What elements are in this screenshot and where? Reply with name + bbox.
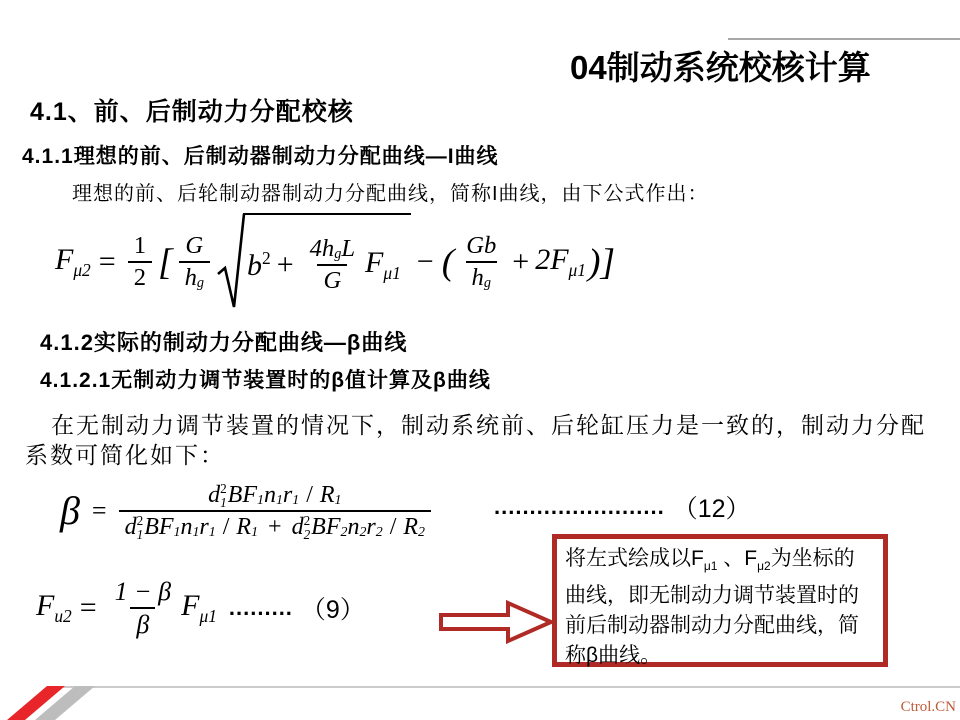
section-heading-4-1-2: 4.1.2实际的制动力分配曲线—β曲线 [40, 326, 407, 357]
slide-canvas: 04制动系统校核计算 4.1、前、后制动力分配校核 4.1.1理想的前、后制动器… [0, 0, 960, 720]
math-term: b2 [247, 248, 271, 283]
formula-fu2: Fu2 = 1 − β β Fμ1 ......... （9） [36, 576, 365, 640]
callout-text: 、F [717, 547, 757, 570]
intro-text: 理想的前、后轮制动器制动力分配曲线，简称I曲线，由下公式作出： [72, 177, 709, 206]
formula-ideal-curve: Fμ2 = 1 2 [ G hg b2 + 4hgL G Fμ1 − [55, 212, 617, 312]
dot-leader: ........................ [494, 494, 665, 520]
equation-number: （9） [301, 590, 365, 626]
math-term: 2Fμ1 [535, 243, 586, 281]
math-minus: − [417, 245, 434, 279]
math-close: )] [588, 241, 615, 284]
footer-divider-line [58, 686, 960, 688]
math-beta: β [60, 487, 80, 534]
radical-sign-icon [216, 212, 246, 312]
math-term: Fμ1 [365, 246, 401, 284]
math-fraction-1mb-b: 1 − β β [109, 576, 178, 640]
math-numerator: d21BF1n1r1/R1 [202, 480, 347, 510]
slide-title: 04制动系统校核计算 [570, 42, 871, 89]
math-fraction-g-hg: G hg [179, 231, 210, 292]
math-fraction-gb-hg: Gb hg [460, 231, 502, 292]
math-fraction-beta: d21BF1n1r1/R1 d21BF1n1r1/R1 + d22BF2n2r2… [119, 480, 431, 541]
math-fraction-half: 1 2 [128, 231, 152, 292]
equation-tag-12: ........................ （12） [494, 489, 751, 525]
equation-number: （12） [673, 489, 751, 525]
formula-beta: β = d21BF1n1r1/R1 d21BF1n1r1/R1 + d22BF2… [60, 480, 435, 541]
math-term: Fμ1 [181, 589, 217, 627]
section-heading-4-1: 4.1、前、后制动力分配校核 [30, 92, 354, 128]
callout-box: 将左式绘成以Fμ1 、Fμ2为坐标的曲线，即无制动力调节装置时的前后制动器制动力… [552, 534, 888, 667]
footer-stripes-decoration [0, 685, 100, 720]
math-plus: + [512, 245, 529, 279]
math-square-root: b2 + 4hgL G Fμ1 [216, 212, 411, 312]
dot-leader: ......... [229, 595, 293, 621]
math-equals: = [80, 591, 97, 625]
body-paragraph: 在无制动力调节装置的情况下，制动系统前、后轮缸压力是一致的，制动力分配系数可简化… [25, 410, 940, 471]
math-equals: = [99, 245, 116, 279]
section-heading-4-1-2-1: 4.1.2.1无制动力调节装置时的β值计算及β曲线 [40, 364, 491, 394]
arrow-right-icon [438, 598, 556, 646]
math-lhs: Fu2 [36, 589, 72, 627]
math-fraction-4hgl-g: 4hgL G [304, 234, 361, 295]
watermark-text: Ctrol.CN [901, 699, 956, 716]
math-equals: = [92, 496, 107, 526]
math-denominator: d21BF1n1r1/R1 + d22BF2n2r2/R2 [119, 510, 431, 542]
math-radicand: b2 + 4hgL G Fμ1 [243, 213, 411, 311]
title-divider-line [728, 38, 960, 40]
math-lhs: Fμ2 [55, 243, 91, 281]
math-paren-open: ( [442, 241, 455, 284]
math-bracket-open: [ [158, 241, 173, 284]
callout-text: 将左式绘成以F [565, 547, 704, 570]
callout-subscript: μ1 [704, 559, 718, 573]
section-heading-4-1-1: 4.1.1理想的前、后制动器制动力分配曲线—I曲线 [22, 140, 499, 170]
callout-subscript: μ2 [757, 559, 771, 573]
math-plus: + [277, 248, 294, 282]
